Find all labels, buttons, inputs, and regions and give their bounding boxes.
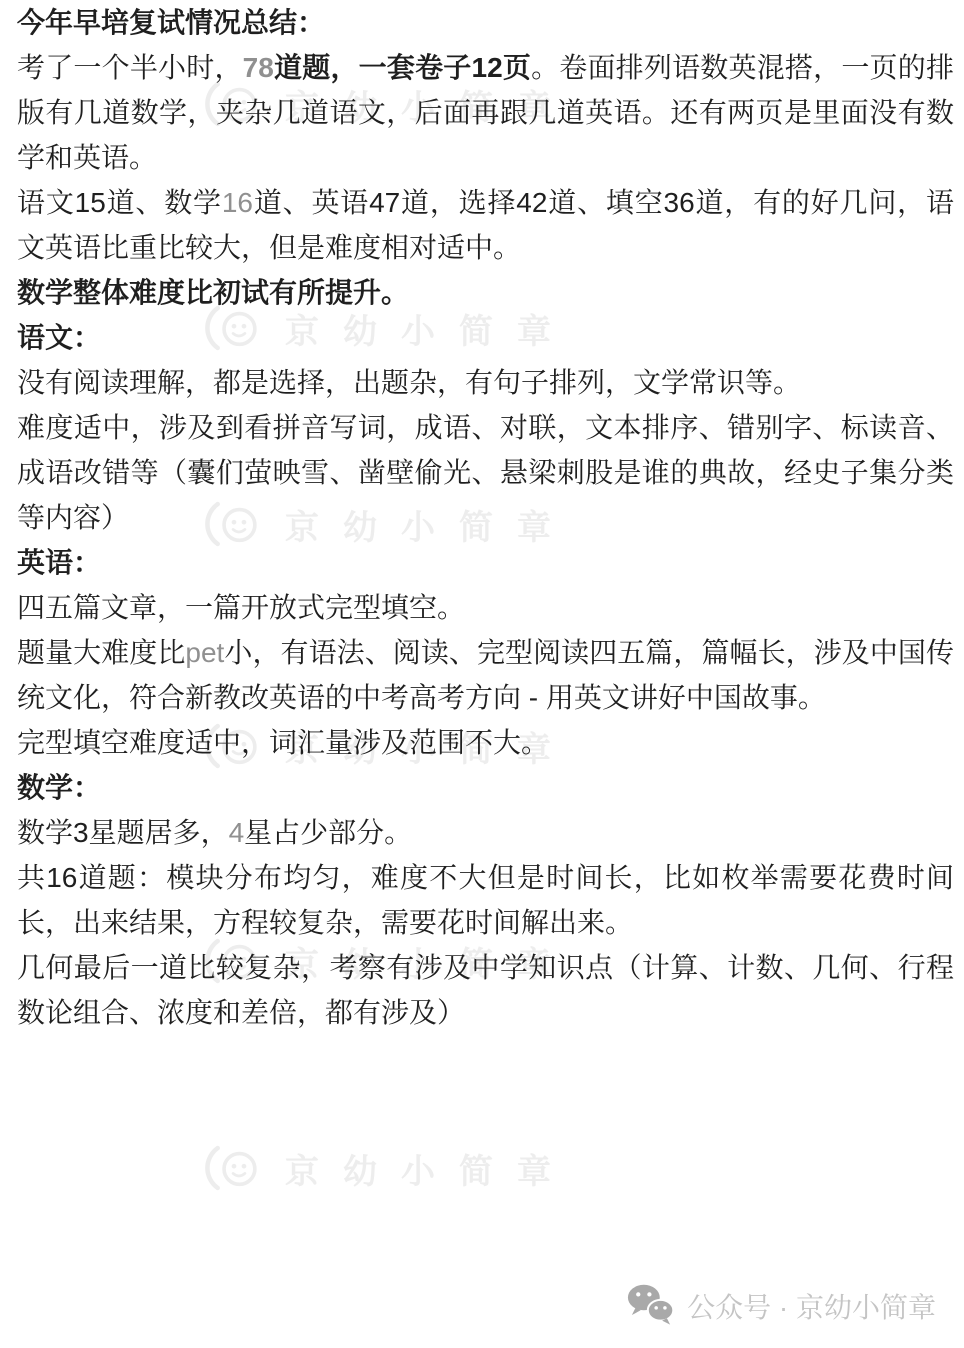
math-section-heading: 数学： <box>17 765 954 810</box>
chinese-section-para1: 没有阅读理解，都是选择，出题杂，有句子排列，文学常识等。 <box>17 360 954 405</box>
star-highlight: 4 <box>229 817 245 848</box>
english-section-heading: 英语： <box>17 540 954 585</box>
english-section-para1: 四五篇文章，一篇开放式完型填空。 <box>17 585 954 630</box>
chinese-section-para2: 难度适中，涉及到看拼音写词，成语、对联，文本排序、错别字、标读音、成语改错等（囊… <box>17 405 954 540</box>
english-section-para3: 完型填空难度适中，词汇量涉及范围不大。 <box>17 720 954 765</box>
official-account-watermark: 公众号 · 京幼小简章 <box>627 1284 936 1327</box>
article-title: 今年早培复试情况总结： <box>17 0 954 45</box>
math-section-para1: 数学3星题居多，4星占少部分。 <box>17 810 954 855</box>
official-account-label: 公众号 · 京幼小简章 <box>687 1286 936 1326</box>
math-difficulty-summary: 数学整体难度比初试有所提升。 <box>17 270 954 315</box>
counts-paragraph: 语文15道、数学16道、英语47道，选择42道、填空36道，有的好几问，语文英语… <box>17 180 954 270</box>
wechat-icon <box>627 1284 675 1327</box>
watermark-text: 京幼小简章 <box>285 1144 575 1193</box>
math-section-para3: 几何最后一道比较复杂，考察有涉及中学知识点（计算、计数、几何、行程数论组合、浓度… <box>17 945 954 1035</box>
math-text-1: 数学3星题居多， <box>17 817 229 848</box>
math-text-2: 星占少部分。 <box>244 817 412 848</box>
brand-logo-icon <box>205 1142 263 1194</box>
brand-watermark: 京幼小简章 <box>205 1142 575 1194</box>
intro-paragraph: 考了一个半小时，78道题，一套卷子12页。卷面排列语数英混搭，一页的排版有几道数… <box>17 45 954 180</box>
math-count-highlight: 16 <box>222 187 253 218</box>
intro-bold-text: 道题，一套卷子12页 <box>274 52 531 83</box>
pet-highlight: pet <box>185 637 224 668</box>
counts-text-1: 语文15道、数学 <box>17 187 222 218</box>
question-count-highlight: 78 <box>243 52 274 83</box>
math-section-para2: 共16道题：模块分布均匀，难度不大但是时间长，比如枚举需要花费时间长，出来结果，… <box>17 855 954 945</box>
intro-text-1: 考了一个半小时， <box>17 52 243 83</box>
english-section-para2: 题量大难度比pet小，有语法、阅读、完型阅读四五篇，篇幅长，涉及中国传统文化，符… <box>17 630 954 720</box>
article-content: 今年早培复试情况总结： 考了一个半小时，78道题，一套卷子12页。卷面排列语数英… <box>0 0 964 1035</box>
english-text-1: 题量大难度比 <box>17 637 185 668</box>
chinese-section-heading: 语文： <box>17 315 954 360</box>
